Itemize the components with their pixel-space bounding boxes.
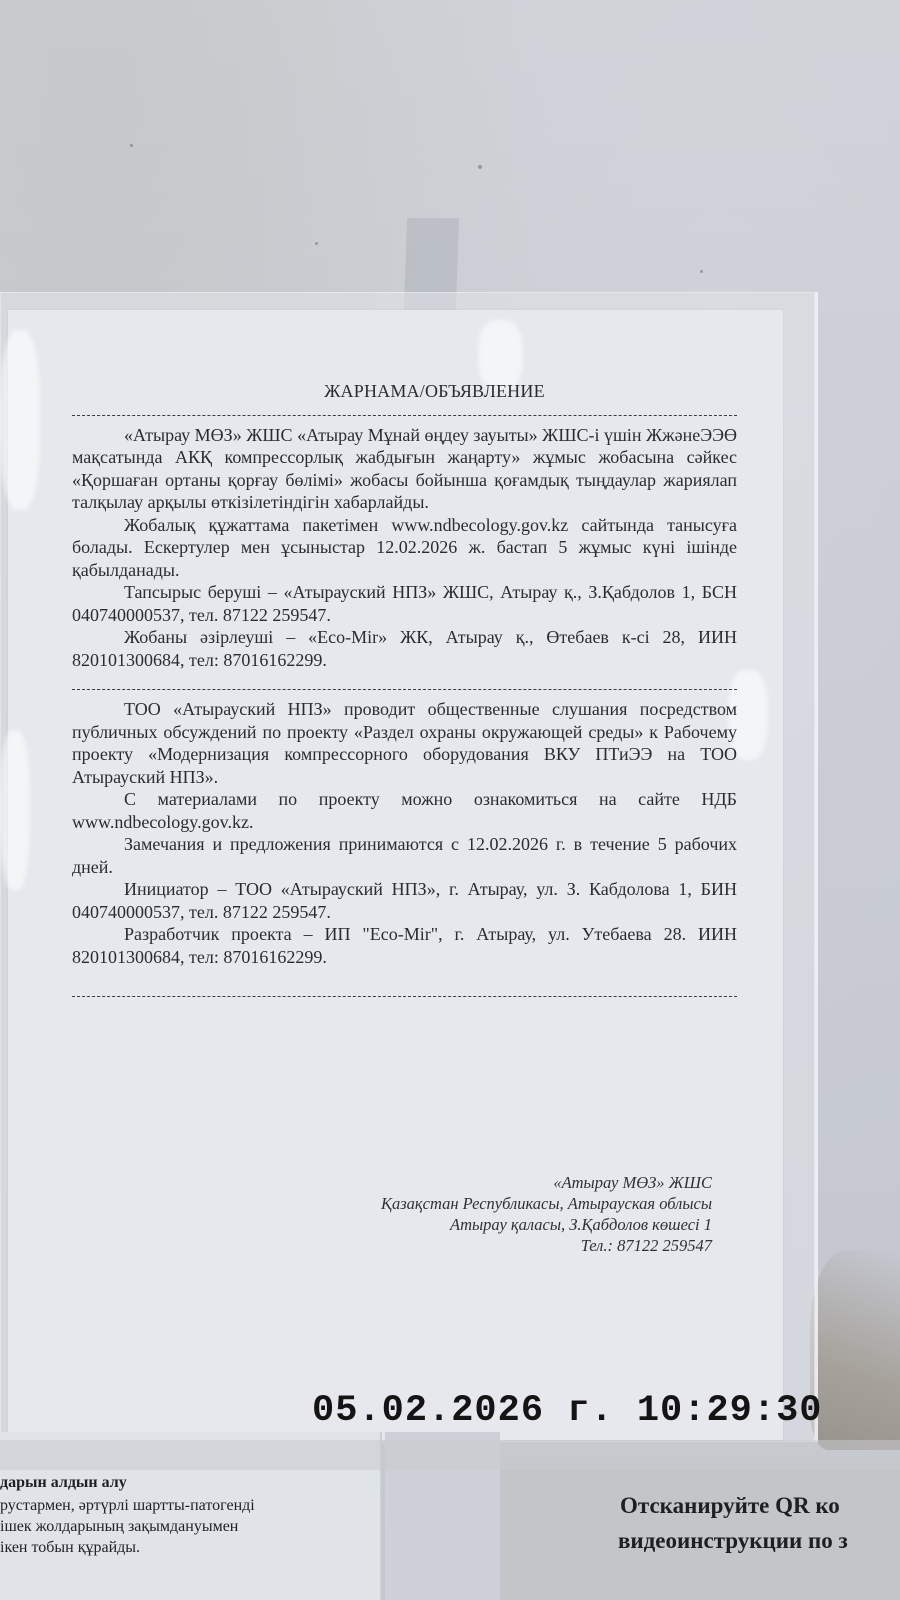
lower-right-line: видеоинструкции по з (618, 1523, 848, 1558)
russian-paragraph: ТОО «Атырауский НПЗ» проводит общественн… (72, 698, 737, 788)
kazakh-paragraph: Тапсырыс беруші – «Атырауский НПЗ» ЖШС, … (72, 581, 737, 626)
lower-left-poster-text: дарын алдын алу рустармен, әртүрлі шартт… (0, 1472, 345, 1558)
wall-stain (810, 1250, 900, 1450)
dashed-divider (72, 689, 737, 690)
lower-left-line: рустармен, әртүрлі шартты-патогенді (0, 1495, 345, 1516)
lower-left-line: ішек жолдарының зақымдануымен (0, 1516, 345, 1537)
notice-document: ЖАРНАМА/ОБЪЯВЛЕНИЕ «Атырау МӨЗ» ЖШС «Аты… (72, 380, 737, 997)
russian-paragraph: С материалами по проекту можно ознакомит… (72, 788, 737, 833)
wall-speck (315, 242, 318, 245)
lower-left-line: ікен тобын құрайды. (0, 1537, 345, 1558)
kazakh-paragraph: «Атырау МӨЗ» ЖШС «Атырау Мұнай өңдеу зау… (72, 424, 737, 514)
russian-section: ТОО «Атырауский НПЗ» проводит общественн… (72, 698, 737, 968)
sleeve-glare (0, 730, 30, 890)
signature-region: Қазақстан Республикасы, Атырауская облыс… (381, 1193, 712, 1214)
wall-speck (130, 144, 133, 147)
dashed-divider (72, 996, 737, 997)
signature-block: «Атырау МӨЗ» ЖШС Қазақстан Республикасы,… (381, 1172, 712, 1256)
russian-paragraph: Замечания и предложения принимаются с 12… (72, 833, 737, 878)
kazakh-paragraph: Жобаны әзірлеуші – «Eco-Mir» ЖК, Атырау … (72, 626, 737, 671)
lower-left-heading: дарын алдын алу (0, 1472, 345, 1493)
wall-speck (700, 270, 703, 273)
signature-company: «Атырау МӨЗ» ЖШС (381, 1172, 712, 1193)
wall-speck (478, 165, 482, 169)
sleeve-glare (0, 330, 40, 510)
adhesive-tape (0, 1440, 900, 1470)
lower-right-poster-text: Отсканируйте QR ко видеоинструкции по з (620, 1488, 848, 1558)
kazakh-section: «Атырау МӨЗ» ЖШС «Атырау Мұнай өңдеу зау… (72, 424, 737, 672)
signature-phone: Тел.: 87122 259547 (381, 1235, 712, 1256)
lower-right-line: Отсканируйте QR ко (620, 1488, 848, 1523)
signature-address: Атырау қаласы, З.Қабдолов көшесі 1 (381, 1214, 712, 1235)
dashed-divider (72, 415, 737, 416)
notice-title: ЖАРНАМА/ОБЪЯВЛЕНИЕ (72, 380, 737, 403)
russian-paragraph: Разработчик проекта – ИП "Eco-Mir", г. А… (72, 923, 737, 968)
kazakh-paragraph: Жобалық құжаттама пакетімен www.ndbecolo… (72, 514, 737, 582)
russian-paragraph: Инициатор – ТОО «Атырауский НПЗ», г. Аты… (72, 878, 737, 923)
timestamp-overlay: 05.02.2026 г. 10:29:30 (312, 1390, 822, 1432)
